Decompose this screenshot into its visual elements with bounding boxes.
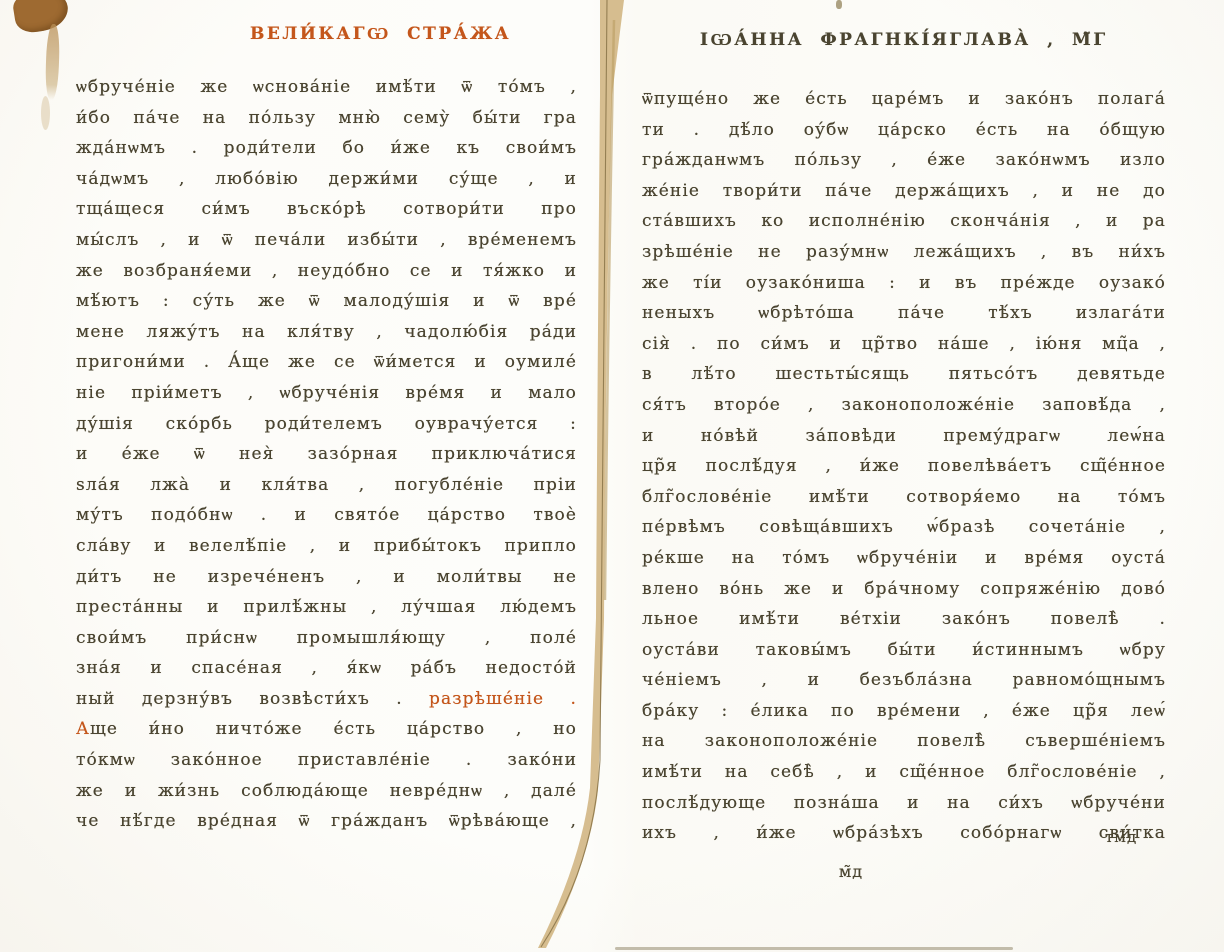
text-segment: ніе пріи́метъ , ѡбруче́нія вре́мя и мало	[76, 383, 577, 403]
text-segment: ти . дѣ́ло оу́бѡ ца́рско е́сть на о́бщую	[642, 120, 1166, 140]
text-line: цр̃я послѣ́дуя , и́же повелѣва́етъ сщ̃е́…	[642, 451, 1166, 482]
text-line: жда́нѡмъ . роди́тели бо и́же къ свои́мъ	[76, 133, 577, 164]
text-segment: ди́тъ не изрече́ненъ , и моли́твы не	[76, 567, 577, 587]
text-segment: ѕла́я лжа̀ и кля́тва , погубле́ніе пріи	[76, 475, 577, 495]
text-line: че́ніемъ , и безъбла́зна равномо́щнымъ	[642, 665, 1166, 696]
book-scan: ВЕЛИ́КАГѠ СТРА́ЖА ѡбруче́ніе же ѡснова́н…	[0, 0, 1224, 952]
left-text-block: ѡбруче́ніе же ѡснова́ніе имѣ́ти ѿ то́мъ …	[76, 72, 577, 837]
text-segment: ста́вшихъ ко исполне́нію сконча́нія , и …	[642, 211, 1166, 231]
text-line: послѣ́дующе позна́ша и на си́хъ ѡбруче́н…	[642, 788, 1166, 819]
text-line: блг̃ослове́ніе имѣ́ти сотворя́емо на то́…	[642, 482, 1166, 513]
text-line: и е́же ѿ нея̀ зазо́рная приключа́тися	[76, 439, 577, 470]
left-running-title: ВЕЛИ́КАГѠ СТРА́ЖА	[250, 24, 511, 44]
text-line: зна́я и спасе́ная , я́кѡ ра́бъ недосто́й	[76, 653, 577, 684]
text-segment: А	[76, 719, 90, 739]
text-line: че нѣ́где вре́дная ѿ гра́жданъ ѿрѣва́юще…	[76, 806, 577, 837]
text-segment: то́кмѡ зако́нное приставле́ніе . зако́ни	[76, 750, 577, 770]
text-segment: неныхъ ѡбрѣто́ша па́че тѣ́хъ излага́ти	[642, 303, 1166, 323]
text-segment: влено во́нь же и бра́чному сопряже́нію д…	[642, 579, 1166, 599]
text-line: то́кмѡ зако́нное приставле́ніе . зако́ни	[76, 745, 577, 776]
text-segment: бра́ку : е́лика по вре́мени , е́же цр̃я …	[642, 701, 1166, 721]
text-segment: на законоположе́ніе повелѣ̀ съверше́ніем…	[642, 731, 1166, 751]
text-segment: ще и́но ничто́же е́сть ца́рство , но	[90, 719, 577, 739]
text-segment: му́тъ подо́бнѡ . и свято́е ца́рство твоѐ	[76, 505, 577, 525]
text-segment: зрѣше́ніе не разу́мнѡ лежа́щихъ , въ ни́…	[642, 242, 1166, 262]
text-segment: мене ляжу́тъ на кля́тву , чадолю́бія ра́…	[76, 322, 577, 342]
text-line: сія̀ . по си́мъ и цр̃тво на́ше , ію́ня м…	[642, 329, 1166, 360]
text-segment: же возбраня́еми , неудо́бно се и тя́жко …	[76, 261, 577, 281]
paper-speck	[836, 0, 842, 9]
text-line: тща́щеся си́мъ въско́рѣ сотвори́ти про	[76, 194, 577, 225]
text-line: пе́рвѣмъ совѣща́вшихъ ѡ́бразѣ сочета́ніе…	[642, 512, 1166, 543]
page-bottom-edge	[615, 947, 1013, 950]
text-line: бра́ку : е́лика по вре́мени , е́же цр̃я …	[642, 696, 1166, 727]
text-segment: ѡбруче́ніе же ѡснова́ніе имѣ́ти ѿ то́мъ …	[76, 77, 577, 97]
text-segment: мы́слъ , и ѿ печа́ли избы́ти , вре́менем…	[76, 230, 577, 250]
text-line: ди́тъ не изрече́ненъ , и моли́твы не	[76, 562, 577, 593]
text-segment: в лѣ́то шестьты́сящь пятьсо́тъ девятьде	[642, 364, 1166, 384]
text-segment: че нѣ́где вре́дная ѿ гра́жданъ ѿрѣва́юще…	[76, 811, 577, 831]
text-segment: же и жи́знь соблюда́юще невре́днѡ , дале…	[76, 781, 577, 801]
right-running-title-chapter: ГЛАВА̀ , М̃Г	[949, 30, 1107, 50]
text-segment: гра́жданѡмъ по́льзу , е́же зако́нѡмъ изл…	[642, 150, 1166, 170]
text-line: Аще и́но ничто́же е́сть ца́рство , но	[76, 714, 577, 745]
text-segment: сія̀ . по си́мъ и цр̃тво на́ше , ію́ня м…	[642, 334, 1166, 354]
text-line: сла́ву и велелѣ́піе , и прибы́токъ припл…	[76, 531, 577, 562]
text-segment: и е́же ѿ нея̀ зазо́рная приключа́тися	[76, 444, 577, 464]
text-line: му́тъ подо́бнѡ . и свято́е ца́рство твоѐ	[76, 500, 577, 531]
text-line: зрѣше́ніе не разу́мнѡ лежа́щихъ , въ ни́…	[642, 237, 1166, 268]
text-segment: ѿпуще́но же е́сть царе́мъ и зако́нъ пола…	[642, 89, 1166, 109]
text-segment: имѣ́ти на себѣ̀ , и сщ̃е́нное блг̃ослове…	[642, 762, 1166, 782]
text-line: свои́мъ при́снѡ промышля́ющу , поле́	[76, 623, 577, 654]
text-segment: ре́кше на то́мъ ѡбруче́ніи и вре́мя оуст…	[642, 548, 1166, 568]
text-segment: ихъ , и́же ѡбра́зѣхъ собо́рнагѡ сви́тка	[642, 823, 1166, 843]
text-segment: ду́шія ско́рбь роди́телемъ оуврачу́ется …	[76, 414, 577, 434]
right-text-block: ѿпуще́но же е́сть царе́мъ и зако́нъ пола…	[642, 84, 1166, 849]
text-segment: оуста́ви таковы́мъ бы́ти и́стиннымъ ѡбру	[642, 640, 1166, 660]
text-line: ѿпуще́но же е́сть царе́мъ и зако́нъ пола…	[642, 84, 1166, 115]
text-segment: разрѣше́ніе .	[429, 689, 577, 709]
text-line: мене ляжу́тъ на кля́тву , чадолю́бія ра́…	[76, 317, 577, 348]
text-line: льное имѣ́ти ве́тхіи зако́нъ повелѣ̀ .	[642, 604, 1166, 635]
text-segment: ный дерзну́въ возвѣсти́хъ .	[76, 689, 429, 709]
right-running-title-name: ІѠА́ННА ФРАГНКІ́Я	[700, 30, 949, 50]
text-segment: сла́ву и велелѣ́піе , и прибы́токъ припл…	[76, 536, 577, 556]
text-segment: мѣ́ютъ : су́ть же ѿ малоду́шія и ѿ вре́	[76, 291, 577, 311]
text-segment: зна́я и спасе́ная , я́кѡ ра́бъ недосто́й	[76, 658, 577, 678]
text-line: же возбраня́еми , неудо́бно се и тя́жко …	[76, 256, 577, 287]
text-line: ча́дѡмъ , любо́вію держи́ми су́ще , и	[76, 164, 577, 195]
catchword: тм̃д	[1105, 828, 1137, 846]
text-line: имѣ́ти на себѣ̀ , и сщ̃е́нное блг̃ослове…	[642, 757, 1166, 788]
text-line: влено во́нь же и бра́чному сопряже́нію д…	[642, 574, 1166, 605]
text-line: ѕла́я лжа̀ и кля́тва , погубле́ніе пріи	[76, 470, 577, 501]
text-line: ре́кше на то́мъ ѡбруче́ніи и вре́мя оуст…	[642, 543, 1166, 574]
stain-streak	[45, 24, 61, 100]
text-segment: жда́нѡмъ . роди́тели бо и́же къ свои́мъ	[76, 138, 577, 158]
text-segment: свои́мъ при́снѡ промышля́ющу , поле́	[76, 628, 577, 648]
text-line: оуста́ви таковы́мъ бы́ти и́стиннымъ ѡбру	[642, 635, 1166, 666]
text-line: ѡбруче́ніе же ѡснова́ніе имѣ́ти ѿ то́мъ …	[76, 72, 577, 103]
text-segment: ся́тъ второ́е , законоположе́ніе заповѣ́…	[642, 395, 1166, 415]
text-line: неныхъ ѡбрѣто́ша па́че тѣ́хъ излага́ти	[642, 298, 1166, 329]
text-segment: же ті́и оузако́ниша : и въ пре́жде оузак…	[642, 273, 1166, 293]
text-line: мы́слъ , и ѿ печа́ли избы́ти , вре́менем…	[76, 225, 577, 256]
text-line: гра́жданѡмъ по́льзу , е́же зако́нѡмъ изл…	[642, 145, 1166, 176]
text-segment: послѣ́дующе позна́ша и на си́хъ ѡбруче́н…	[642, 793, 1166, 813]
text-segment: че́ніемъ , и безъбла́зна равномо́щнымъ	[642, 670, 1166, 690]
right-running-title: ІѠА́ННА ФРАГНКІ́Я ГЛАВА̀ , М̃Г	[700, 30, 1092, 50]
stain-trace	[41, 96, 50, 130]
text-segment: льное имѣ́ти ве́тхіи зако́нъ повелѣ̀ .	[642, 609, 1166, 629]
text-line: же́ніе твори́ти па́че держа́щихъ , и не …	[642, 176, 1166, 207]
text-segment: и́бо па́че на по́льзу мню̀ сему̀ бы́ти г…	[76, 108, 577, 128]
text-line: ихъ , и́же ѡбра́зѣхъ собо́рнагѡ сви́тка	[642, 818, 1166, 849]
text-line: ста́вшихъ ко исполне́нію сконча́нія , и …	[642, 206, 1166, 237]
text-line: ніе пріи́метъ , ѡбруче́нія вре́мя и мало	[76, 378, 577, 409]
text-segment: тща́щеся си́мъ въско́рѣ сотвори́ти про	[76, 199, 577, 219]
text-line: в лѣ́то шестьты́сящь пятьсо́тъ девятьде	[642, 359, 1166, 390]
text-segment: же́ніе твори́ти па́че держа́щихъ , и не …	[642, 181, 1166, 201]
text-line: на законоположе́ніе повелѣ̀ съверше́ніем…	[642, 726, 1166, 757]
text-line: же и жи́знь соблюда́юще невре́днѡ , дале…	[76, 776, 577, 807]
text-line: и́бо па́че на по́льзу мню̀ сему̀ бы́ти г…	[76, 103, 577, 134]
text-line: пригони́ми . А́ще же се ѿи́мется и оумил…	[76, 347, 577, 378]
text-line: же ті́и оузако́ниша : и въ пре́жде оузак…	[642, 268, 1166, 299]
text-segment: пригони́ми . А́ще же се ѿи́мется и оумил…	[76, 352, 577, 372]
text-segment: блг̃ослове́ніе имѣ́ти сотворя́емо на то́…	[642, 487, 1166, 507]
text-line: мѣ́ютъ : су́ть же ѿ малоду́шія и ѿ вре́	[76, 286, 577, 317]
text-line: ный дерзну́въ возвѣсти́хъ . разрѣше́ніе …	[76, 684, 577, 715]
text-line: преста́нны и прилѣ́жны , лу́чшая лю́демъ	[76, 592, 577, 623]
text-line: ся́тъ второ́е , законоположе́ніе заповѣ́…	[642, 390, 1166, 421]
text-segment: преста́нны и прилѣ́жны , лу́чшая лю́демъ	[76, 597, 577, 617]
text-line: ду́шія ско́рбь роди́телемъ оуврачу́ется …	[76, 409, 577, 440]
text-segment: цр̃я послѣ́дуя , и́же повелѣва́етъ сщ̃е́…	[642, 456, 1166, 476]
ink-stain-top-left	[11, 0, 71, 35]
folio-number: м̃д	[836, 862, 866, 881]
text-line: и но́вѣй за́повѣди прему́драгѡ леѡ́на	[642, 421, 1166, 452]
text-segment: ча́дѡмъ , любо́вію держи́ми су́ще , и	[76, 169, 577, 189]
text-segment: и но́вѣй за́повѣди прему́драгѡ леѡ́на	[642, 426, 1166, 446]
text-segment: пе́рвѣмъ совѣща́вшихъ ѡ́бразѣ сочета́ніе…	[642, 517, 1166, 537]
text-line: ти . дѣ́ло оу́бѡ ца́рско е́сть на о́бщую	[642, 115, 1166, 146]
